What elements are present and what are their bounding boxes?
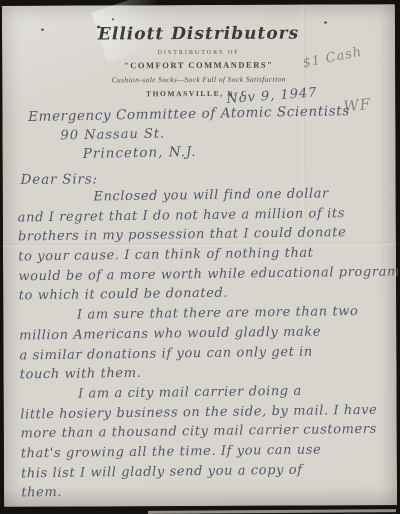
letterhead-city: THOMASVILLE, N. C. [2,88,395,99]
body-line: them. [21,481,397,506]
letterhead-tagline: Cushion-sole Socks—Sock Full of Sock Sat… [2,74,395,85]
paper-speck [112,18,114,20]
recipient-name: Emergency Committee of Atomic Scientists [28,103,350,125]
letter-paper: Elliott Distributors DISTRIBUTORS OF "CO… [2,4,397,507]
recipient-address-block: Emergency Committee of Atomic Scientists… [28,103,351,163]
scanned-letter-photo: Elliott Distributors DISTRIBUTORS OF "CO… [0,0,400,514]
paper-edge-highlight [148,509,396,514]
salutation: Dear Sirs: [21,171,98,187]
recipient-street: 90 Nassau St. [60,123,350,143]
letter-body: Enclosed you will find one dollar and I … [17,186,397,506]
letterhead-company-name: Elliott Distributors [2,23,395,45]
recipient-city: Princeton, N.J. [83,141,351,162]
